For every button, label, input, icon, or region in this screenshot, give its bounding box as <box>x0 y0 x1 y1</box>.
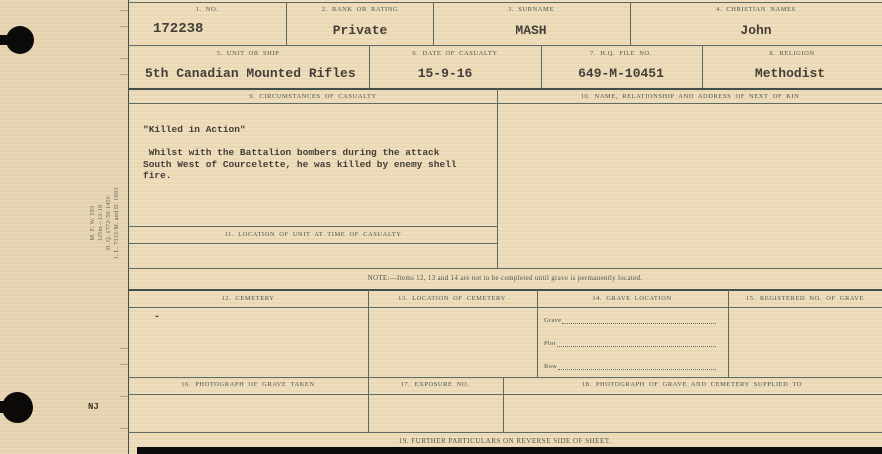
dotted-leader <box>557 345 716 347</box>
form-left-edge-rule <box>128 0 129 454</box>
dotted-leader <box>558 368 716 370</box>
rule <box>128 289 882 291</box>
field-hq-file-no-value: 649-M-10451 <box>578 66 664 81</box>
rule <box>497 88 498 268</box>
field-religion-value: Methodist <box>755 66 825 81</box>
grave-location-row: Row <box>544 361 716 370</box>
rule <box>128 307 882 308</box>
field-cemetery-value: - <box>154 312 160 323</box>
stamp-line: 125m—12-19 <box>97 181 105 265</box>
rule <box>128 2 882 3</box>
field-christian-names-value: John <box>740 23 771 38</box>
field-date-of-casualty-value: 15-9-16 <box>418 66 473 81</box>
rule <box>433 2 434 45</box>
rule <box>286 2 287 45</box>
field-cemetery-label: 12. CEMETERY <box>221 295 274 302</box>
field-hq-file-no-label: 7. H.Q. FILE NO. <box>590 50 652 57</box>
grave-note-text: NOTE:—Items 12, 13 and 14 are not to be … <box>368 274 643 282</box>
rule <box>503 378 504 432</box>
grave-location-row: Plot <box>544 338 716 347</box>
field-next-of-kin-label: 10. NAME, RELATIONSHIP AND ADDRESS OF NE… <box>581 93 800 100</box>
field-exposure-no-label: 17. EXPOSURE NO. <box>401 381 470 388</box>
field-unit-value: 5th Canadian Mounted Rifles <box>145 66 356 81</box>
rule <box>630 2 631 45</box>
field-unit-label: 5. UNIT OR SHIP <box>217 50 280 57</box>
field-religion-label: 8. RELIGION <box>769 50 814 57</box>
rule <box>128 268 882 269</box>
rule <box>702 45 703 88</box>
grave-row-label: Grave <box>544 317 561 324</box>
rule <box>128 432 882 433</box>
field-surname-label: 3. SURNAME <box>508 6 554 13</box>
rule <box>128 45 882 46</box>
field-photo-taken-label: 16. PHOTOGRAPH OF GRAVE TAKEN <box>181 381 314 388</box>
grave-location-row: Grave <box>544 315 716 324</box>
rule <box>128 103 882 104</box>
casualty-record-card: M. F. W. 593 125m—12-19 H. Q. 1772-39-14… <box>0 0 882 454</box>
rule <box>728 290 729 378</box>
field-christian-names-label: 4. CHRISTIAN NAMES <box>716 6 795 13</box>
rule <box>368 378 369 432</box>
circumstances-text: "Killed in Action" Whilst with the Batta… <box>143 124 457 182</box>
field-grave-location-label: 14. GRAVE LOCATION <box>592 295 671 302</box>
grave-row-label: Row <box>544 363 557 370</box>
field-rank-value: Private <box>333 23 388 38</box>
rule <box>128 226 497 227</box>
field-photo-supplied-to-label: 18. PHOTOGRAPH OF GRAVE AND CEMETERY SUP… <box>582 381 802 388</box>
field-surname-value: MASH <box>515 23 546 38</box>
grave-row-label: Plot <box>544 340 556 347</box>
rule <box>537 290 538 378</box>
rule <box>128 88 882 90</box>
field-no-label: 1. NO. <box>196 6 219 13</box>
field-rank-label: 2. RANK OR RATING <box>322 6 398 13</box>
field-no-value: 172238 <box>153 21 203 37</box>
rule <box>541 45 542 88</box>
rule <box>128 243 497 244</box>
rule <box>128 377 882 378</box>
field-cemetery-location-label: 13. LOCATION OF CEMETERY <box>398 295 506 302</box>
rule <box>128 394 882 395</box>
hole-punch-top-slot <box>0 35 16 45</box>
form-number-stamp: M. F. W. 593 125m—12-19 H. Q. 1772-39-14… <box>89 181 125 265</box>
rule <box>369 45 370 88</box>
hole-punch-bottom-slot <box>0 401 10 413</box>
field-registered-grave-no-label: 15. REGISTERED NO. OF GRAVE <box>746 295 864 302</box>
scan-edge-strip <box>137 447 882 454</box>
field-date-of-casualty-label: 6. DATE OF CASUALTY <box>412 50 497 57</box>
rule <box>368 290 369 378</box>
dotted-leader <box>562 322 716 324</box>
stamp-line: H. Q. 1772-39-1456 <box>105 181 113 265</box>
stamp-line: M. F. W. 593 <box>89 181 97 265</box>
footer-text: 19. FURTHER PARTICULARS ON REVERSE SIDE … <box>399 437 612 445</box>
field-unit-location-label: 11. LOCATION OF UNIT AT TIME OF CASUALTY <box>224 231 401 238</box>
stamp-line: I. L. 7313-M. and D. 1693 <box>113 181 121 265</box>
handwritten-annotation: NJ <box>88 402 99 412</box>
field-circumstances-label: 9. CIRCUMSTANCES OF CASUALTY <box>249 93 377 100</box>
